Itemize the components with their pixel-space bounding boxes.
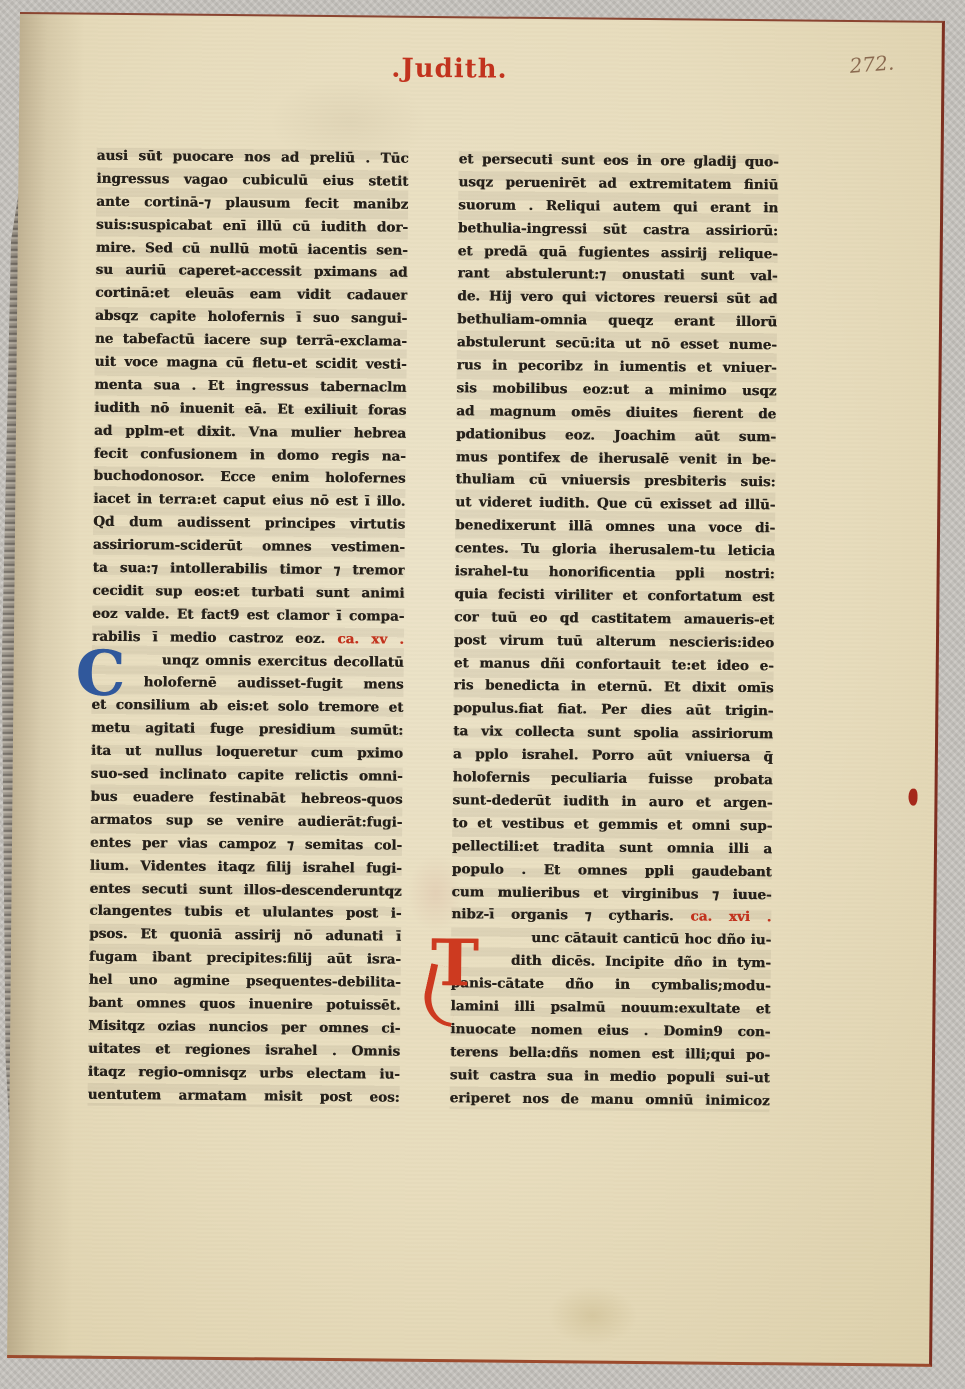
line-text: uitates et regiones israhel . Omnis <box>88 1040 400 1059</box>
text-line: uit voce magna cū fletu-et scidit vesti- <box>95 351 407 377</box>
line-text: ausi sūt puocare nos ad preliū . Tūc <box>97 148 409 167</box>
text-line: ad magnum omēs diuites fierent de <box>456 400 776 426</box>
text-line: bethuliam-omnia queqz erant illorū <box>457 308 777 334</box>
text-line: ne tabefactū iacere sup terrā-exclama- <box>95 328 407 354</box>
line-text: cortinā:et eleuās eam vidit cadauer <box>95 285 407 304</box>
text-line: cum mulieribus et virginibus ⁊ iuue- <box>451 881 771 907</box>
line-text: ta sua:⁊ intollerabilis timor ⁊ tremor <box>93 560 405 579</box>
text-line: bethulia-ingressi sūt castra assiriorū: <box>458 217 778 243</box>
text-line: terens bella:dñs nomen est illi;qui po- <box>450 1041 770 1067</box>
text-line: itaqz regio-omnisqz urbs electam iu- <box>88 1060 400 1086</box>
text-line: rant abstulerunt:⁊ onustati sunt val- <box>457 263 777 289</box>
text-line: et manus dñi confortauit te:et ideo e- <box>454 652 774 678</box>
line-text: uit voce magna cū fletu-et scidit vesti- <box>95 354 407 373</box>
line-text: bus euadere festinabāt hebreos-quos <box>90 789 402 808</box>
fore-edge-paint-mark <box>908 789 917 806</box>
line-text: metu agitati fuge presidium sumūt: <box>91 720 403 739</box>
line-text: suit castra sua in medio populi sui-ut <box>450 1067 770 1086</box>
text-column-left: ausi sūt puocare nos ad preliū . Tūcingr… <box>88 145 409 1109</box>
line-text: unqz omnis exercitus decollatū <box>162 652 404 670</box>
line-text: clangentes tubis et ululantes post i- <box>89 903 401 922</box>
text-line: eriperet nos de manu omniū inimicoz <box>449 1087 769 1113</box>
line-text: ad pplm-et dixit. Vna mulier hebrea <box>94 422 406 441</box>
line-text: holofernis peculiaria fuisse probata <box>453 769 773 788</box>
line-text: cum mulieribus et virginibus ⁊ iuue- <box>451 884 771 903</box>
line-text: ita ut nullus loqueretur cum pximo <box>91 743 403 762</box>
text-line: inuocate nomen eius . Domin9 con- <box>450 1018 770 1044</box>
text-line: unc cātauit canticū hoc dño iu- <box>451 926 771 952</box>
text-line: fugam ibant precipites:filij aūt isra- <box>89 946 401 972</box>
chapter-rubric: ca. xvi . <box>674 909 772 926</box>
line-text: inuocate nomen eius . Domin9 con- <box>450 1021 770 1040</box>
text-line: populus.fiat fiat. Per dies aūt trigin- <box>453 698 773 724</box>
text-line: suit castra sua in medio populi sui-ut <box>450 1064 770 1090</box>
text-line: populo . Et omnes ppli gaudebant <box>452 858 772 884</box>
line-text: ingressus vagao cubiculū eius stetit <box>96 171 408 190</box>
line-text: centes. Tu gloria iherusalem-tu leticia <box>455 540 775 559</box>
line-text: populo . Et omnes ppli gaudebant <box>452 861 772 880</box>
text-line: suorum . Reliqui autem qui erant in <box>458 194 778 220</box>
text-line: menta sua . Et ingressus tabernaclm <box>94 374 406 400</box>
text-line: de. Hij vero qui victores reuersi sūt ad <box>457 286 777 312</box>
line-text: nibz-ī organis ⁊ cytharis. <box>451 907 673 925</box>
line-text: cecidit sup eos:et turbati sunt animi <box>92 583 404 602</box>
text-line: buchodonosor. Ecce enim holofernes <box>93 465 405 491</box>
line-text: cor tuū eo qd castitatem amaueris-et <box>454 609 774 628</box>
text-line: armatos sup se venire audierāt:fugi- <box>90 809 402 835</box>
folio-number: 272. <box>849 47 941 78</box>
line-text: et consilium ab eis:et solo tremore et <box>91 697 403 716</box>
text-line: sunt-dederūt iudith in auro et argen- <box>452 789 772 815</box>
line-text: lamini illi psalmū nouum:exultate et <box>450 998 770 1017</box>
photo-background: { "document": { "description": "Gutenber… <box>0 0 965 1389</box>
line-text: rabilis ī medio castroz eoz. <box>92 628 325 646</box>
line-text: mus pontifex de iherusalē venit in be- <box>456 449 776 468</box>
chapter-16-initial-letter: T <box>431 932 479 996</box>
chapter-15-initial-letter: C <box>75 643 125 705</box>
text-line: holofernis peculiaria fuisse probata <box>453 766 773 792</box>
text-line: fecit confusionem in domo regis na- <box>94 442 406 468</box>
text-line: entes secuti sunt illos-descenderuntqz <box>89 877 401 903</box>
line-text: Qd dum audissent principes virtutis <box>93 514 405 533</box>
text-line: mus pontifex de iherusalē venit in be- <box>456 446 776 472</box>
text-line: mire. Sed cū nullū motū iacentis sen- <box>96 236 408 262</box>
chapter-rubric: ca. xv . <box>325 631 404 648</box>
line-text: rus in pecoribz in iumentis et vniuer- <box>457 357 777 376</box>
text-line: dith dicēs. Incipite dño in tym- <box>451 949 771 975</box>
text-line: holofernē audisset-fugit mens <box>91 671 403 697</box>
text-line: a pplo israhel. Porro aūt vniuersa q̄ <box>453 743 773 769</box>
text-line: sis mobilibus eoz:ut a minimo usqz <box>456 377 776 403</box>
line-text: a pplo israhel. Porro aūt vniuersa q̄ <box>453 746 773 765</box>
line-text: de. Hij vero qui victores reuersi sūt ad <box>457 289 777 308</box>
text-line: bant omnes quos inuenire potuissēt. <box>88 992 400 1018</box>
line-text: lium. Videntes itaqz filij israhel fugi- <box>90 857 402 876</box>
text-line: et predā quā fugientes assirij relique- <box>458 240 778 266</box>
text-line: ta sua:⁊ intollerabilis timor ⁊ tremor <box>93 557 405 583</box>
line-text: assiriorum-sciderūt omnes vestimen- <box>93 537 405 556</box>
text-line: iacet in terra:et caput eius nō est ī il… <box>93 488 405 514</box>
text-line: Qd dum audissent principes virtutis <box>93 511 405 537</box>
line-text: iudith nō inuenit eā. Et exiliuit foras <box>94 400 406 419</box>
text-line: ad pplm-et dixit. Vna mulier hebrea <box>94 419 406 445</box>
text-line: pdationibus eoz. Joachim aūt sum- <box>456 423 776 449</box>
line-text: abstulerunt secū:ita ut nō esset nume- <box>457 334 777 353</box>
text-line: absqz capite holofernis ī suo sangui- <box>95 305 407 331</box>
line-text: pellectili:et tradita sunt omnia illi a <box>452 838 772 857</box>
text-line: nibz-ī organis ⁊ cytharis. ca. xvi . <box>451 904 771 930</box>
line-text: usqz peruenirēt ad extremitatem finiū <box>458 174 778 193</box>
line-text: hel uno agmine psequentes-debilita- <box>89 972 401 991</box>
text-line: entes per vias campoz ⁊ semitas col- <box>90 831 402 857</box>
text-line: ausi sūt puocare nos ad preliū . Tūc <box>97 145 409 171</box>
text-line: usqz peruenirēt ad extremitatem finiū <box>458 171 778 197</box>
line-text: ris benedicta in eternū. Et dixit omīs <box>453 678 773 697</box>
text-line: et consilium ab eis:et solo tremore et <box>91 694 403 720</box>
line-text: terens bella:dñs nomen est illi;qui po- <box>450 1044 770 1063</box>
text-line: ut videret iudith. Que cū exisset ad ill… <box>455 492 775 518</box>
line-text: pdationibus eoz. Joachim aūt sum- <box>456 426 776 445</box>
line-text: mire. Sed cū nullū motū iacentis sen- <box>96 239 408 258</box>
line-text: dith dicēs. Incipite dño in tym- <box>511 953 771 971</box>
text-line: assiriorum-sciderūt omnes vestimen- <box>93 534 405 560</box>
line-text: ne tabefactū iacere sup terrā-exclama- <box>95 331 407 350</box>
text-line: hel uno agmine psequentes-debilita- <box>89 969 401 995</box>
line-text: unc cātauit canticū hoc dño iu- <box>531 930 771 948</box>
text-line: cortinā:et eleuās eam vidit cadauer <box>95 282 407 308</box>
text-line: lium. Videntes itaqz filij israhel fugi- <box>90 854 402 880</box>
text-line: Misitqz ozias nuncios per omnes ci- <box>88 1015 400 1041</box>
line-text: suo-sed inclinato capite relictis omni- <box>91 766 403 785</box>
line-text: buchodonosor. Ecce enim holofernes <box>93 468 405 487</box>
text-line: su auriū caperet-accessit pximans ad <box>95 259 407 285</box>
text-line: post virum tuū alterum nescieris:ideo <box>454 629 774 655</box>
line-text: holofernē audisset-fugit mens <box>143 675 403 693</box>
text-line: cor tuū eo qd castitatem amaueris-et <box>454 606 774 632</box>
line-text: israhel-tu honorificentia ppli nostri: <box>455 563 775 582</box>
line-text: thuliam cū vniuersis presbiteris suis: <box>455 472 775 491</box>
text-line: centes. Tu gloria iherusalem-tu leticia <box>455 537 775 563</box>
text-line: uitates et regiones israhel . Omnis <box>88 1037 400 1063</box>
line-text: bant omnes quos inuenire potuissēt. <box>88 995 400 1014</box>
line-text: fecit confusionem in domo regis na- <box>94 445 406 464</box>
running-title: .Judith. <box>349 53 549 89</box>
text-line: ante cortinā-⁊ plausum fecit manibz <box>96 191 408 217</box>
line-text: uentutem armatam misit post eos: <box>88 1086 400 1105</box>
text-line: quia fecisti viriliter et confortatum es… <box>454 583 774 609</box>
line-text: post virum tuū alterum nescieris:ideo <box>454 632 774 651</box>
text-line: pellectili:et tradita sunt omnia illi a <box>452 835 772 861</box>
line-text: menta sua . Et ingressus tabernaclm <box>94 377 406 396</box>
text-line: benedixerunt illā omnes una voce di- <box>455 514 775 540</box>
line-text: sis mobilibus eoz:ut a minimo usqz <box>456 380 776 399</box>
line-text: eoz valde. Et fact9 est clamor ī compa- <box>92 606 404 625</box>
line-text: absqz capite holofernis ī suo sangui- <box>95 308 407 327</box>
text-line: rabilis ī medio castroz eoz. ca. xv . <box>92 625 404 651</box>
line-text: Misitqz ozias nuncios per omnes ci- <box>88 1018 400 1037</box>
text-line: cecidit sup eos:et turbati sunt animi <box>92 580 404 606</box>
line-text: bethulia-ingressi sūt castra assiriorū: <box>458 220 778 239</box>
line-text: entes secuti sunt illos-descenderuntqz <box>90 880 402 899</box>
text-line: clangentes tubis et ululantes post i- <box>89 900 401 926</box>
line-text: suorum . Reliqui autem qui erant in <box>458 197 778 216</box>
text-line: bus euadere festinabāt hebreos-quos <box>90 786 402 812</box>
line-text: eriperet nos de manu omniū inimicoz <box>450 1090 770 1109</box>
text-line: iudith nō inuenit eā. Et exiliuit foras <box>94 397 406 423</box>
text-line: thuliam cū vniuersis presbiteris suis: <box>455 469 775 495</box>
text-line: to et vestibus et gemmis et omni sup- <box>452 812 772 838</box>
text-line: ris benedicta in eternū. Et dixit omīs <box>453 675 773 701</box>
line-text: to et vestibus et gemmis et omni sup- <box>452 815 772 834</box>
text-line: unqz omnis exercitus decollatū <box>92 648 404 674</box>
text-line: metu agitati fuge presidium sumūt: <box>91 717 403 743</box>
line-text: et persecuti sunt eos in ore gladij quo- <box>459 151 779 170</box>
line-text: iacet in terra:et caput eius nō est ī il… <box>93 491 405 510</box>
line-text: populus.fiat fiat. Per dies aūt trigin- <box>453 701 773 720</box>
text-line: abstulerunt secū:ita ut nō esset nume- <box>457 331 777 357</box>
text-line: suis:suspicabat enī illū cū iudith dor- <box>96 213 408 239</box>
text-line: ita ut nullus loqueretur cum pximo <box>91 740 403 766</box>
line-text: bethuliam-omnia queqz erant illorū <box>457 311 777 330</box>
line-text: ta vix collecta sunt spolia assiriorum <box>453 723 773 742</box>
text-line: suo-sed inclinato capite relictis omni- <box>91 763 403 789</box>
line-text: psos. Et quoniā assirij nō adunati ī <box>89 926 401 945</box>
line-text: rant abstulerunt:⁊ onustati sunt val- <box>457 266 777 285</box>
line-text: su auriū caperet-accessit pximans ad <box>95 262 407 281</box>
line-text: benedixerunt illā omnes una voce di- <box>455 517 775 536</box>
line-text: sunt-dederūt iudith in auro et argen- <box>452 792 772 811</box>
line-text: quia fecisti viriliter et confortatum es… <box>454 586 774 605</box>
text-line: ta vix collecta sunt spolia assiriorum <box>453 720 773 746</box>
text-line: ingressus vagao cubiculū eius stetit <box>96 168 408 194</box>
line-text: et manus dñi confortauit te:et ideo e- <box>454 655 774 674</box>
text-line: israhel-tu honorificentia ppli nostri: <box>455 560 775 586</box>
text-line: uentutem armatam misit post eos: <box>88 1083 400 1109</box>
line-text: ante cortinā-⁊ plausum fecit manibz <box>96 194 408 213</box>
text-line: eoz valde. Et fact9 est clamor ī compa- <box>92 603 404 629</box>
text-column-right: et persecuti sunt eos in ore gladij quo-… <box>449 148 778 1112</box>
line-text: itaqz regio-omnisqz urbs electam iu- <box>88 1063 400 1082</box>
text-line: panis-cātate dño in cymbalis;modu- <box>451 972 771 998</box>
line-text: suis:suspicabat enī illū cū iudith dor- <box>96 216 408 235</box>
parchment-stain <box>547 1285 638 1346</box>
line-text: et predā quā fugientes assirij relique- <box>458 243 778 262</box>
line-text: ut videret iudith. Que cū exisset ad ill… <box>455 495 775 514</box>
line-text: fugam ibant precipites:filij aūt isra- <box>89 949 401 968</box>
text-line: lamini illi psalmū nouum:exultate et <box>450 995 770 1021</box>
line-text: panis-cātate dño in cymbalis;modu- <box>451 975 771 994</box>
manuscript-page: .Judith. 272. ausi sūt puocare nos ad pr… <box>7 12 945 1367</box>
text-line: rus in pecoribz in iumentis et vniuer- <box>457 354 777 380</box>
text-line: et persecuti sunt eos in ore gladij quo- <box>458 148 778 174</box>
line-text: armatos sup se venire audierāt:fugi- <box>90 812 402 831</box>
line-text: ad magnum omēs diuites fierent de <box>456 403 776 422</box>
line-text: entes per vias campoz ⁊ semitas col- <box>90 834 402 853</box>
text-line: psos. Et quoniā assirij nō adunati ī <box>89 923 401 949</box>
